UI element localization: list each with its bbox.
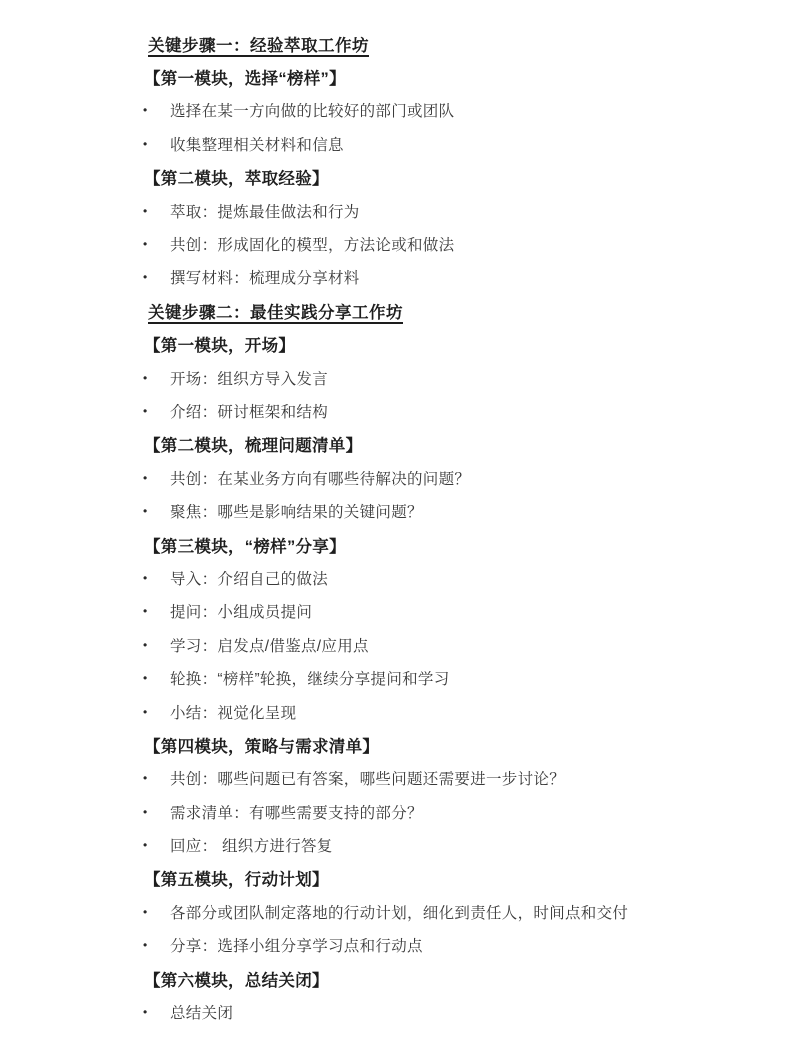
bullet-marker: • xyxy=(143,604,170,618)
heading-text: 【第一模块，开场】 xyxy=(144,332,295,356)
bullet-marker: • xyxy=(143,471,170,485)
bullet-marker: • xyxy=(143,237,170,251)
bullet-marker: • xyxy=(143,371,170,385)
bullet-marker: • xyxy=(143,103,170,117)
bullet-marker: • xyxy=(143,270,170,284)
bullet-marker: • xyxy=(143,638,170,652)
bullet-text: 各部分或团队制定落地的行动计划，细化到责任人，时间点和交付 xyxy=(170,901,628,923)
bullet-marker: • xyxy=(143,838,170,852)
bullet-text: 共创：哪些问题已有答案，哪些问题还需要进一步讨论？ xyxy=(170,767,565,789)
bullet-item: •导入：介绍自己的做法 xyxy=(148,561,708,594)
bullet-item: •共创：形成固化的模型，方法论或和做法 xyxy=(148,227,708,260)
bullet-text: 提问：小组成员提问 xyxy=(170,600,312,622)
bullet-item: •开场：组织方导入发言 xyxy=(148,361,708,394)
bullet-marker: • xyxy=(143,905,170,919)
heading-text: 关键步骤二：最佳实践分享工作坊 xyxy=(148,299,403,323)
bullet-marker: • xyxy=(143,938,170,952)
bullet-item: •总结关闭 xyxy=(148,995,708,1028)
bullet-text: 共创：形成固化的模型，方法论或和做法 xyxy=(170,233,454,255)
step-heading: 关键步骤一：经验萃取工作坊 xyxy=(148,27,708,60)
bullet-text: 萃取：提炼最佳做法和行为 xyxy=(170,200,360,222)
bullet-item: •收集整理相关材料和信息 xyxy=(148,127,708,160)
bullet-text: 聚焦：哪些是影响结果的关键问题？ xyxy=(170,500,423,522)
bullet-text: 开场：组织方导入发言 xyxy=(170,367,328,389)
bullet-text: 回应： 组织方进行答复 xyxy=(170,834,333,856)
document-content: 关键步骤一：经验萃取工作坊【第一模块，选择“榜样”】•选择在某一方向做的比较好的… xyxy=(148,27,708,1029)
bullet-marker: • xyxy=(143,204,170,218)
bullet-item: •聚焦：哪些是影响结果的关键问题？ xyxy=(148,494,708,527)
bullet-text: 选择在某一方向做的比较好的部门或团队 xyxy=(170,99,454,121)
module-heading: 【第一模块，开场】 xyxy=(148,328,708,361)
bullet-item: •回应： 组织方进行答复 xyxy=(148,828,708,861)
module-heading: 【第六模块，总结关闭】 xyxy=(148,962,708,995)
heading-text: 【第二模块，萃取经验】 xyxy=(144,165,329,189)
heading-text: 【第一模块，选择“榜样”】 xyxy=(144,65,346,89)
bullet-item: •轮换：“榜样”轮换，继续分享提问和学习 xyxy=(148,661,708,694)
module-heading: 【第一模块，选择“榜样”】 xyxy=(148,60,708,93)
bullet-marker: • xyxy=(143,805,170,819)
step-heading: 关键步骤二：最佳实践分享工作坊 xyxy=(148,294,708,327)
bullet-marker: • xyxy=(143,504,170,518)
heading-text: 【第五模块，行动计划】 xyxy=(144,866,329,890)
bullet-marker: • xyxy=(143,137,170,151)
bullet-item: •撰写材料：梳理成分享材料 xyxy=(148,261,708,294)
bullet-text: 总结关闭 xyxy=(170,1001,233,1023)
bullet-text: 轮换：“榜样”轮换，继续分享提问和学习 xyxy=(170,667,450,689)
heading-text: 【第六模块，总结关闭】 xyxy=(144,967,329,991)
bullet-marker: • xyxy=(143,1005,170,1019)
bullet-text: 共创：在某业务方向有哪些待解决的问题？ xyxy=(170,467,470,489)
bullet-text: 收集整理相关材料和信息 xyxy=(170,133,344,155)
bullet-marker: • xyxy=(143,571,170,585)
bullet-text: 分享：选择小组分享学习点和行动点 xyxy=(170,934,423,956)
bullet-text: 撰写材料：梳理成分享材料 xyxy=(170,266,360,288)
bullet-item: •选择在某一方向做的比较好的部门或团队 xyxy=(148,94,708,127)
bullet-text: 介绍：研讨框架和结构 xyxy=(170,400,328,422)
bullet-text: 导入：介绍自己的做法 xyxy=(170,567,328,589)
bullet-text: 学习：启发点/借鉴点/应用点 xyxy=(170,634,369,656)
bullet-item: •共创：在某业务方向有哪些待解决的问题？ xyxy=(148,461,708,494)
bullet-item: •共创：哪些问题已有答案，哪些问题还需要进一步讨论？ xyxy=(148,762,708,795)
bullet-marker: • xyxy=(143,705,170,719)
module-heading: 【第二模块，萃取经验】 xyxy=(148,161,708,194)
heading-text: 【第三模块，“榜样”分享】 xyxy=(144,533,346,557)
bullet-item: •小结：视觉化呈现 xyxy=(148,695,708,728)
bullet-item: •提问：小组成员提问 xyxy=(148,595,708,628)
document-page: 关键步骤一：经验萃取工作坊【第一模块，选择“榜样”】•选择在某一方向做的比较好的… xyxy=(0,0,800,1050)
heading-text: 【第二模块，梳理问题清单】 xyxy=(144,432,362,456)
heading-text: 【第四模块，策略与需求清单】 xyxy=(144,733,379,757)
bullet-item: •学习：启发点/借鉴点/应用点 xyxy=(148,628,708,661)
bullet-item: •分享：选择小组分享学习点和行动点 xyxy=(148,929,708,962)
module-heading: 【第四模块，策略与需求清单】 xyxy=(148,728,708,761)
bullet-marker: • xyxy=(143,404,170,418)
bullet-item: •萃取：提炼最佳做法和行为 xyxy=(148,194,708,227)
module-heading: 【第二模块，梳理问题清单】 xyxy=(148,428,708,461)
module-heading: 【第五模块，行动计划】 xyxy=(148,862,708,895)
bullet-item: •各部分或团队制定落地的行动计划，细化到责任人，时间点和交付 xyxy=(148,895,708,928)
bullet-text: 需求清单：有哪些需要支持的部分？ xyxy=(170,801,423,823)
bullet-marker: • xyxy=(143,771,170,785)
module-heading: 【第三模块，“榜样”分享】 xyxy=(148,528,708,561)
bullet-item: •需求清单：有哪些需要支持的部分？ xyxy=(148,795,708,828)
bullet-marker: • xyxy=(143,671,170,685)
heading-text: 关键步骤一：经验萃取工作坊 xyxy=(148,32,369,56)
bullet-item: •介绍：研讨框架和结构 xyxy=(148,394,708,427)
bullet-text: 小结：视觉化呈现 xyxy=(170,701,296,723)
